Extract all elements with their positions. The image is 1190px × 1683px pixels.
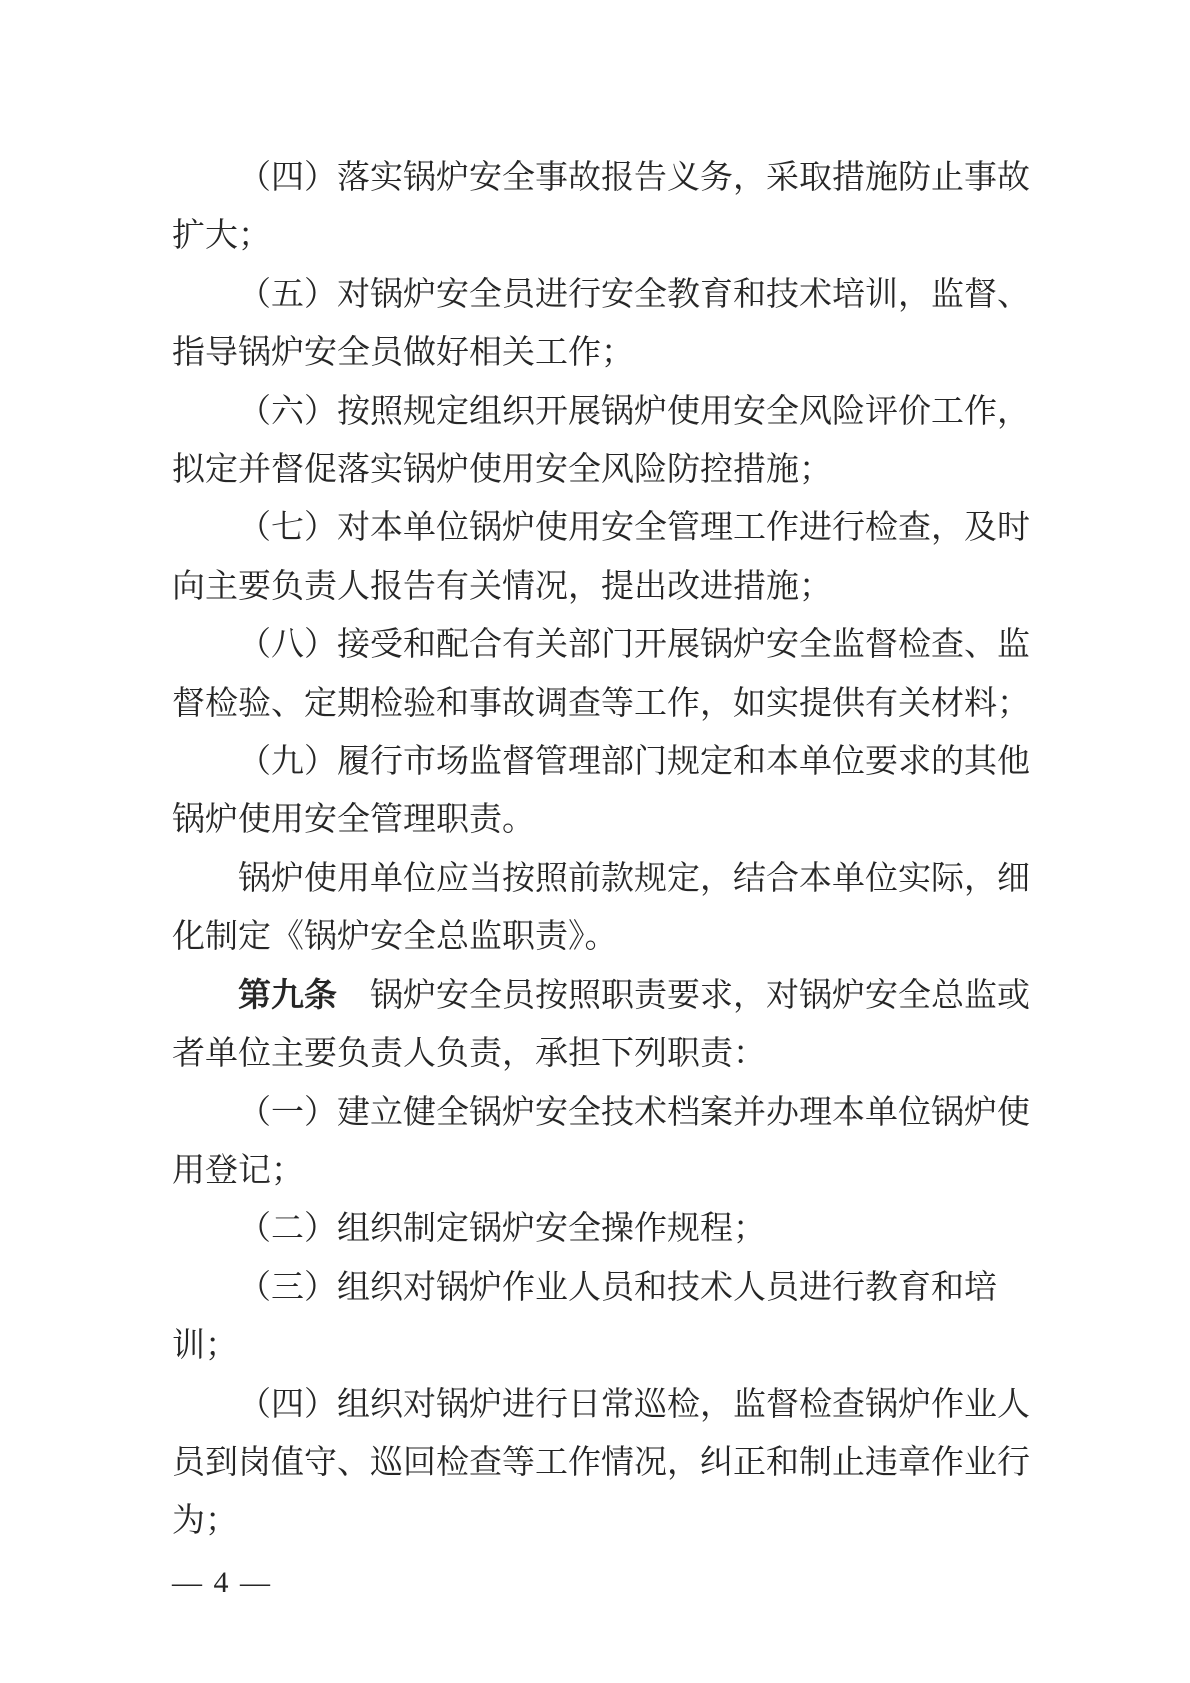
text-line: 锅炉使用单位应当按照前款规定，结合本单位实际，细 [172,850,1032,908]
text-line: （二）组织制定锅炉安全操作规程； [172,1200,1032,1258]
text-line: （一）建立健全锅炉安全技术档案并办理本单位锅炉使 [172,1084,1032,1142]
text-line: 化制定《锅炉安全总监职责》。 [172,908,1032,966]
text-line: 员到岗值守、巡回检查等工作情况，纠正和制止违章作业行 [172,1434,1032,1492]
article-number: 第九条 [238,978,337,1014]
document-body: （四）落实锅炉安全事故报告义务，采取措施防止事故 扩大； （五）对锅炉安全员进行… [172,149,1032,1551]
text-line: 用登记； [172,1142,1032,1200]
text-line: （七）对本单位锅炉使用安全管理工作进行检查，及时 [172,499,1032,557]
text-line: 拟定并督促落实锅炉使用安全风险防控措施； [172,441,1032,499]
text-line: （六）按照规定组织开展锅炉使用安全风险评价工作， [172,383,1032,441]
text-line: 者单位主要负责人负责，承担下列职责： [172,1025,1032,1083]
document-page: （四）落实锅炉安全事故报告义务，采取措施防止事故 扩大； （五）对锅炉安全员进行… [0,0,1190,1683]
text-line: 扩大； [172,207,1032,265]
text-line: （三）组织对锅炉作业人员和技术人员进行教育和培 [172,1259,1032,1317]
text-line: 为； [172,1492,1032,1550]
text-line: 训； [172,1317,1032,1375]
text-line: （八）接受和配合有关部门开展锅炉安全监督检查、监 [172,616,1032,674]
text-line: 向主要负责人报告有关情况，提出改进措施； [172,558,1032,616]
article-text: 锅炉安全员按照职责要求，对锅炉安全总监或 [337,978,1030,1014]
text-line: （九）履行市场监督管理部门规定和本单位要求的其他 [172,733,1032,791]
text-line: 锅炉使用安全管理职责。 [172,791,1032,849]
text-line: 第九条 锅炉安全员按照职责要求，对锅炉安全总监或 [172,967,1032,1025]
page-number: — 4 — [172,1566,272,1599]
text-line: （四）组织对锅炉进行日常巡检，监督检查锅炉作业人 [172,1376,1032,1434]
page-footer: — 4 — [172,1561,1190,1605]
text-line: 督检验、定期检验和事故调查等工作，如实提供有关材料； [172,675,1032,733]
text-line: （四）落实锅炉安全事故报告义务，采取措施防止事故 [172,149,1032,207]
text-line: （五）对锅炉安全员进行安全教育和技术培训，监督、 [172,266,1032,324]
text-line: 指导锅炉安全员做好相关工作； [172,324,1032,382]
